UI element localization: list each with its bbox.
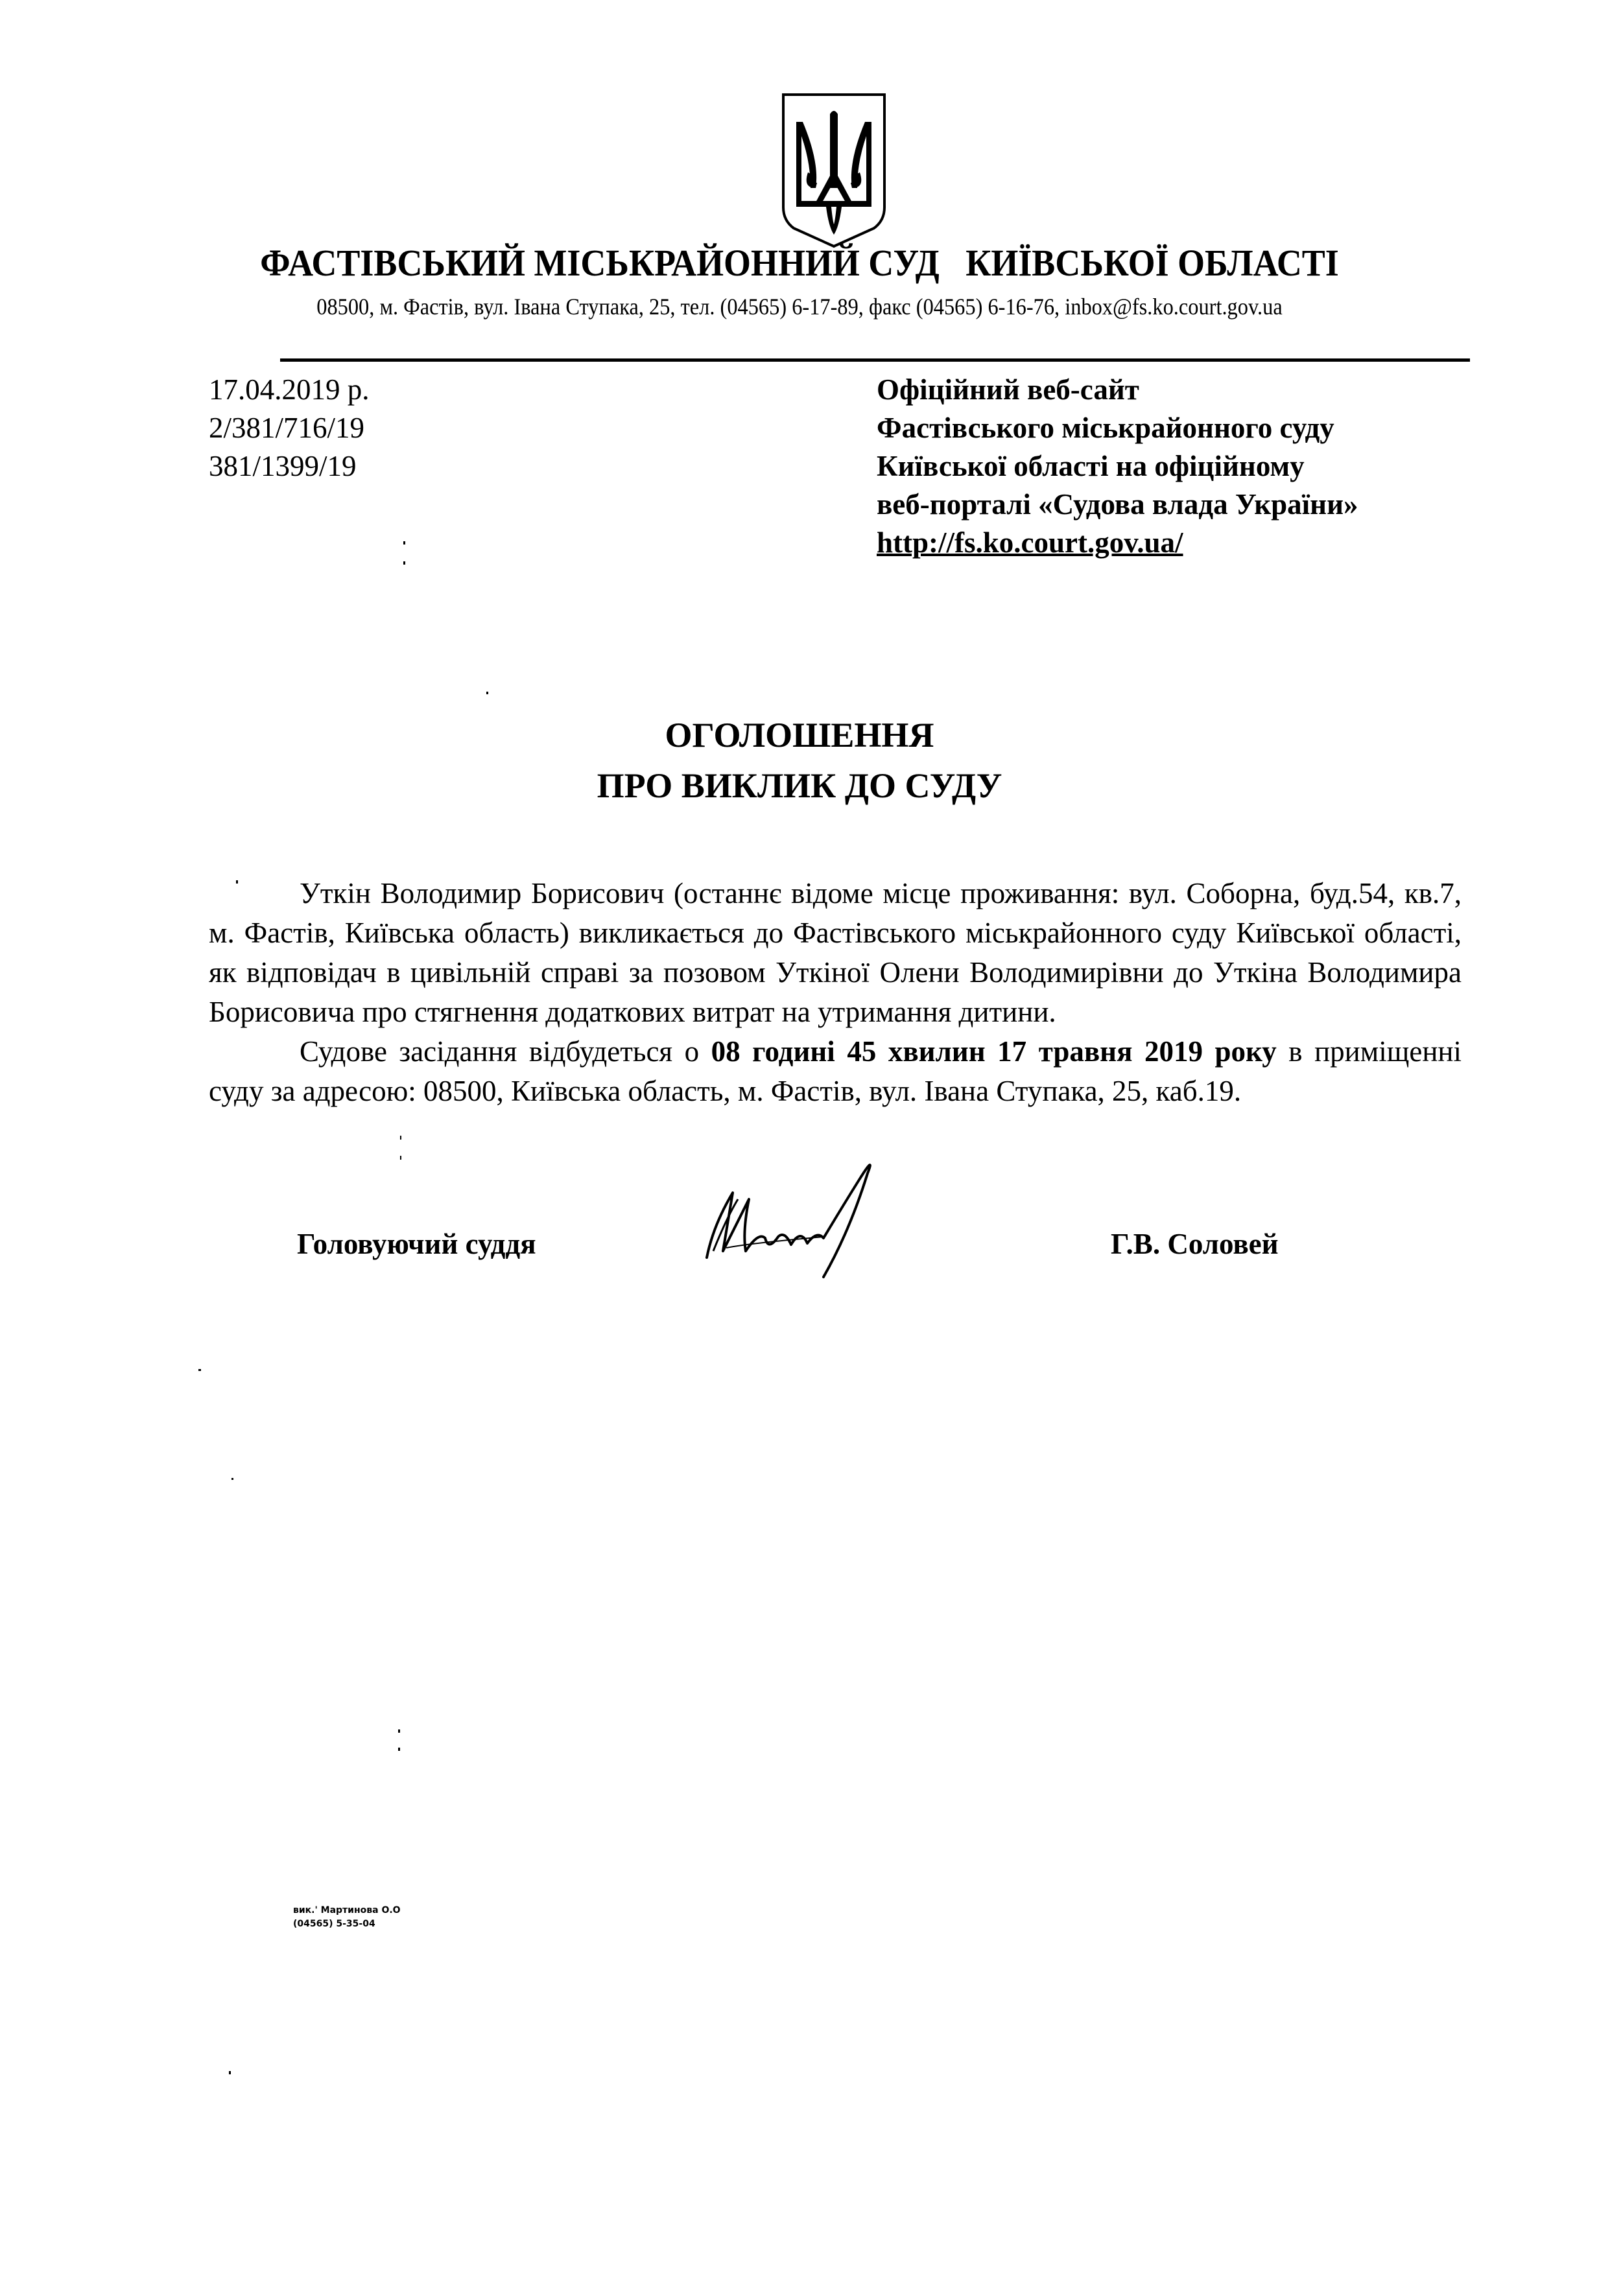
scan-speck [236,880,238,884]
recipient-line: Київської області на офіційному [877,447,1358,486]
executor-phone: (04565) 5-35-04 [293,1917,401,1931]
hearing-datetime: 08 годині 45 хвилин 17 травня 2019 року [711,1035,1277,1068]
scan-speck [398,1748,400,1751]
scan-speck [198,1369,201,1371]
proceeding-number: 381/1399/19 [209,447,370,486]
body-paragraph-1: Уткін Володимир Борисович (останнє відом… [209,874,1462,1032]
scan-speck [403,541,405,545]
recipient-block: Офіційний веб-сайт Фастівського міськрай… [877,371,1358,562]
title-line-2: ПРО ВИКЛИК ДО СУДУ [0,760,1599,811]
executor-name: вик.' Мартинова О.О [293,1904,401,1917]
header-divider [280,358,1470,362]
title-line-1: ОГОЛОШЕННЯ [0,710,1599,760]
document-title: ОГОЛОШЕННЯ ПРО ВИКЛИК ДО СУДУ [0,710,1599,811]
judge-role: Головуючий суддя [297,1227,536,1261]
court-address: 08500, м. Фастів, вул. Івана Ступака, 25… [80,293,1519,320]
scan-speck [486,692,488,694]
recipient-line: веб-порталі «Судова влада України» [877,486,1358,524]
court-name: ФАСТІВСЬКИЙ МІСЬКРАЙОННИЙ СУД КИЇВСЬКОЇ … [56,241,1543,285]
document-meta: 17.04.2019 р. 2/381/716/19 381/1399/19 [209,371,370,486]
executor-note: вик.' Мартинова О.О (04565) 5-35-04 [293,1904,401,1931]
judge-name: Г.В. Соловей [1111,1227,1279,1261]
scan-speck [398,1729,400,1733]
announcement-body: Уткін Володимир Борисович (останнє відом… [209,874,1462,1111]
ukraine-coat-of-arms-icon [777,91,891,250]
scan-speck [229,2071,231,2074]
scan-speck [400,1156,401,1160]
court-website-link[interactable]: http://fs.ko.court.gov.ua/ [877,524,1358,562]
body-paragraph-2: Судове засідання відбудеться о 08 годині… [209,1032,1462,1111]
case-number: 2/381/716/19 [209,409,370,447]
hearing-intro: Судове засідання відбудеться о [300,1035,711,1068]
scan-speck [231,1478,233,1480]
recipient-line: Офіційний веб-сайт [877,371,1358,409]
scan-speck [403,561,405,565]
document-date: 17.04.2019 р. [209,371,370,409]
recipient-line: Фастівського міськрайонного суду [877,409,1358,447]
handwritten-signature-icon [687,1154,960,1283]
scan-speck [400,1136,401,1140]
